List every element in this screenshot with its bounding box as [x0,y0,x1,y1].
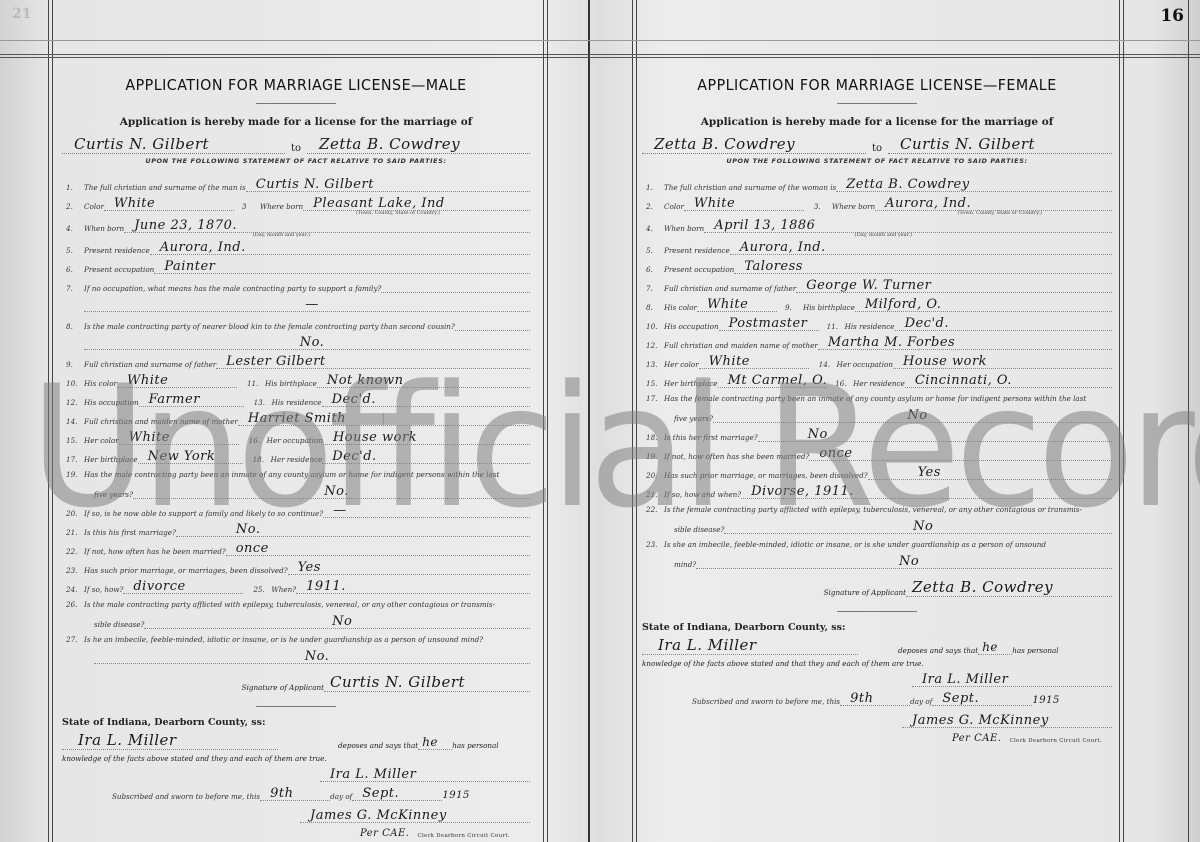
field-number: 3. [804,202,832,211]
field-row: 1.The full christian and surname of the … [642,173,1112,192]
female-application-form: APPLICATION FOR MARRIAGE LICENSE—FEMALE … [642,62,1112,744]
field-label: His color [664,303,697,312]
sworn-month: Sept. [362,787,399,800]
field-label: Full christian and surname of father [664,284,796,293]
day-of-text: day of [330,792,352,801]
field-row: 23.Is she an imbecile, feeble-minded, id… [642,534,1112,550]
dissolved-how: divorce [133,580,185,593]
field-label: If so, how and when? [664,490,741,499]
jurisdiction-heading: State of Indiana, Dearborn County, ss: [642,622,1112,633]
field-row: 9.Full christian and surname of fatherLe… [62,350,530,369]
field-row: 24.If so, how?divorce 25.When?1911. [62,575,530,594]
father-birthplace: Milford, O. [865,298,942,311]
field-number: 3 [234,202,260,211]
page-number: 16 [1160,6,1184,26]
support-means: — [305,298,319,311]
disease-answer: No [913,520,933,533]
support-continue-answer: — [333,504,347,517]
woman-residence: Aurora, Ind. [740,241,826,254]
previous-page-number: 21 [12,6,31,22]
book-gutter [588,0,590,842]
field-label: When born [664,224,704,233]
divider [256,706,336,707]
deponent-signature-line: Ira L. Miller [642,668,1112,687]
field-row: 18.Is this her first marriage?No [642,423,1112,442]
field-label: Is the male contracting party afflicted … [84,600,495,610]
field-number: 8. [642,303,664,312]
field-number: 18. [243,455,271,464]
field-label: His occupation [84,398,139,407]
field-row: 4.When bornApril 13, 1886 [642,214,1112,233]
field-number: 10. [62,379,84,388]
has-personal-text: has personal [452,741,498,750]
field-label: Is the female contracting party afflicte… [664,505,1082,515]
has-personal-text: has personal [1012,646,1058,655]
field-number: 6. [642,265,664,274]
father-birthplace: Not known [327,374,404,387]
sworn-year: 1915 [1032,695,1059,706]
field-label: When born [84,224,124,233]
field-row: 20.Has such prior marriage, or marriages… [642,461,1112,480]
field-number: 4. [642,224,664,233]
field-number: 24. [62,585,84,594]
field-label: Is he an imbecile, feeble-minded, idioti… [84,635,483,645]
field-row: 5.Present residenceAurora, Ind. [642,236,1112,255]
field-label: Has the female contracting party been an… [664,394,1086,404]
field-label: His birthplace [265,379,317,388]
field-label: Color [664,202,684,211]
field-number: 26. [62,600,84,610]
field-label: His birthplace [803,303,855,312]
field-number: 6. [62,265,84,274]
field-number: 5. [62,246,84,255]
header-rule [0,54,1200,55]
parties-line: Curtis N. Gilbert to Zetta B. Cowdrey [62,132,530,154]
field-number: 9. [777,303,803,312]
mother-name: Harriet Smith [248,412,346,425]
field-label: The full christian and surname of the wo… [664,183,836,192]
ruling-line [543,0,544,842]
ruling-line [632,0,633,842]
field-label: Her color [84,436,119,445]
field-row: 23.Has such prior marriage, or marriages… [62,556,530,575]
field-label: Is she an imbecile, feeble-minded, idiot… [664,540,1046,550]
field-number: 2. [642,202,664,211]
clerk-title: Clerk Dearborn Circuit Court. [417,833,510,839]
father-name: Lester Gilbert [226,355,325,368]
field-label: If so, how? [84,585,123,594]
field-number: 16. [239,436,267,445]
field-row: 22.If not, how often has he been married… [62,537,530,556]
field-row: 21.Is this his first marriage?No. [62,518,530,537]
woman-birth-date: April 13, 1886 [714,219,815,232]
field-number: 7. [642,284,664,293]
party-2-name: Curtis N. Gilbert [900,135,1035,153]
field-row-continued: five years?No [642,404,1112,423]
ruling-line [48,0,49,842]
field-label: Her birthplace [84,455,138,464]
field-row: 7.If no occupation, what means has the m… [62,274,530,293]
woman-occupation: Taloress [744,260,803,273]
field-number: 13. [642,360,664,369]
applicant-signature-line: Signature of ApplicantCurtis N. Gilbert [62,672,530,692]
field-row: 26.Is the male contracting party afflict… [62,594,530,610]
man-birth-date: June 23, 1870. [134,219,237,232]
blood-kin-answer: No. [300,336,325,349]
field-number: 22. [642,505,664,515]
field-label: Where born [260,202,303,211]
field-label: His color [84,379,117,388]
clerk-title: Clerk Dearborn Circuit Court. [1009,738,1102,744]
field-number: 11. [237,379,265,388]
field-row: 8.Is the male contracting party of neare… [62,312,530,331]
ruling-line [1188,0,1189,842]
field-number: 14. [809,360,837,369]
deponent-name: Ira L. Miller [78,731,177,749]
field-number: 18. [642,433,664,442]
field-row: 12.Full christian and maiden name of mot… [642,331,1112,350]
ruling-line [636,0,637,842]
field-row-continued: No. [62,645,530,664]
mother-occupation: House work [903,355,987,368]
field-number: 14. [62,417,84,426]
field-label: Present residence [84,246,150,255]
times-married-answer: once [236,542,269,555]
field-row: 19.If not, how often has she been marrie… [642,442,1112,461]
field-row: 6.Present occupationPainter [62,255,530,274]
divider [837,611,917,612]
mother-birthplace: Mt Carmel, O. [728,374,828,387]
father-color: White [127,374,168,387]
woman-color: White [694,197,735,210]
man-color: White [114,197,155,210]
field-label: Her birthplace [664,379,718,388]
to-label: to [285,143,307,154]
field-label: If no occupation, what means has the mal… [84,284,381,293]
sworn-day: 9th [270,787,293,800]
field-number: 13. [244,398,272,407]
sworn-text: Subscribed and sworn to before me, this [642,697,840,706]
father-residence: Dec'd. [905,317,949,330]
field-label: Her residence [853,379,905,388]
field-number: 4. [62,224,84,233]
mother-name: Martha M. Forbes [828,336,955,349]
field-number: 23. [62,566,84,575]
deponent-signature-line: Ira L. Miller [62,763,530,782]
field-label: Is the male contracting party of nearer … [84,322,455,331]
field-label: If so, is he now able to support a famil… [84,509,323,518]
field-number: 10. [642,322,664,331]
field-number: 21. [642,490,664,499]
field-label: Her color [664,360,699,369]
field-label: Present occupation [664,265,734,274]
field-number: 1. [642,183,664,192]
field-row: 14.Full christian and maiden name of mot… [62,407,530,426]
first-marriage-answer: No. [186,523,261,536]
clerk-signature: James G. McKinney [310,809,447,822]
clerk-signature: James G. McKinney [912,714,1049,727]
asylum-answer: No [907,409,927,422]
field-number: 16. [827,379,853,388]
header-rule [0,57,1200,58]
field-label: His residence [845,322,895,331]
parties-line: Zetta B. Cowdrey to Curtis N. Gilbert [642,132,1112,154]
field-label: His residence [272,398,322,407]
field-number: 7. [62,284,84,293]
field-label: Her residence [271,455,323,464]
party-1-name: Zetta B. Cowdrey [654,135,795,153]
field-number: 12. [642,341,664,350]
dissolved-when: 1911. [306,580,346,593]
signature-label: Signature of Applicant [242,683,324,692]
dissolved-answer: Yes [878,466,941,479]
field-number: 11. [819,322,845,331]
form-title: APPLICATION FOR MARRIAGE LICENSE—MALE [81,76,512,94]
clerk-title-line: Per CAE.Clerk Dearborn Circuit Court. [62,823,530,839]
field-number: 20. [642,471,664,480]
field-number: 15. [642,379,664,388]
applicant-signature: Curtis N. Gilbert [330,673,465,691]
ruling-line [1119,0,1120,842]
field-number: 5. [642,246,664,255]
field-row-continued: five years?No. [62,480,530,499]
field-row: 13.Her colorWhite 14.Her occupationHouse… [642,350,1112,369]
divider [256,103,336,104]
field-label: sible disease? [94,620,144,629]
times-married-answer: once [819,447,852,460]
party-1-name: Curtis N. Gilbert [74,135,209,153]
field-label: five years? [94,490,133,499]
ruling-line [547,0,548,842]
applicant-signature: Zetta B. Cowdrey [912,578,1053,596]
field-label: Has such prior marriage, or marriages, b… [664,471,868,480]
guardianship-answer: No [899,555,919,568]
deposition-line: Ira L. Miller deposes and says that he h… [642,633,1112,655]
field-number: 17. [62,455,84,464]
mother-color: White [709,355,750,368]
field-row: 2.ColorWhite 3.Where bornAurora, Ind. [642,192,1112,211]
field-number: 12. [62,398,84,407]
field-number: 19. [642,452,664,461]
field-label: The full christian and surname of the ma… [84,183,246,192]
field-label: sible disease? [674,525,724,534]
field-label: five years? [674,414,713,423]
first-marriage-answer: No [768,428,828,441]
deposition-line: Ira L. Miller deposes and says that he h… [62,728,530,750]
statement-heading: UPON THE FOLLOWING STATEMENT OF FACT REL… [642,157,1112,165]
field-label: Color [84,202,104,211]
man-occupation: Painter [164,260,215,273]
field-row-continued: No. [62,331,530,350]
field-number: 2. [62,202,84,211]
field-row-continued: — [62,293,530,312]
field-label: When? [271,585,296,594]
field-row-continued: sible disease?No [62,610,530,629]
field-label: mind? [674,560,696,569]
form-title: APPLICATION FOR MARRIAGE LICENSE—FEMALE [661,76,1093,94]
field-row: 1.The full christian and surname of the … [62,173,530,192]
field-label: If not, how often has he been married? [84,547,226,556]
field-label: If not, how often has she been married? [664,452,809,461]
clerk-per: Per CAE. [360,828,410,839]
father-occupation: Farmer [149,393,200,406]
father-residence: Dec'd. [332,393,376,406]
field-label: Her occupation [837,360,893,369]
sworn-day: 9th [850,692,873,705]
clerk-title-line: Per CAE.Clerk Dearborn Circuit Court. [642,728,1112,744]
deponent-name: Ira L. Miller [658,636,757,654]
field-label: Full christian and maiden name of mother [84,417,238,426]
sworn-text: Subscribed and sworn to before me, this [62,792,260,801]
party-2-name: Zetta B. Cowdrey [319,135,460,153]
field-number: 20. [62,509,84,518]
field-row: 4.When bornJune 23, 1870. [62,214,530,233]
dissolved-answer: Yes [298,561,321,574]
field-row: 20.If so, is he now able to support a fa… [62,499,530,518]
field-row-continued: mind?No [642,550,1112,569]
field-number: 27. [62,635,84,645]
field-row: 8.His colorWhite 9.His birthplaceMilford… [642,293,1112,312]
to-label: to [866,143,888,154]
knowledge-statement: knowledge of the facts above stated and … [62,754,530,763]
field-number: 8. [62,322,84,331]
form-intro: Application is hereby made for a license… [642,116,1112,128]
field-row: 5.Present residenceAurora, Ind. [62,236,530,255]
sworn-month: Sept. [942,692,979,705]
field-label: Her occupation [267,436,323,445]
field-row: 6.Present occupationTaloress [642,255,1112,274]
deponent-pronoun: he [422,735,438,749]
field-row: 10.His colorWhite 11.His birthplaceNot k… [62,369,530,388]
father-color: White [707,298,748,311]
father-name: George W. Turner [806,279,931,292]
deposes-text: deposes and says that [898,646,978,655]
deponent-pronoun: he [982,640,998,654]
woman-birthplace: Aurora, Ind. [885,197,971,210]
field-label: Present residence [664,246,730,255]
field-row: 15.Her birthplaceMt Carmel, O. 16.Her re… [642,369,1112,388]
man-full-name: Curtis N. Gilbert [256,178,374,191]
field-row: 17.Has the female contracting party been… [642,388,1112,404]
divider [837,103,917,104]
field-number: 23. [642,540,664,550]
disease-answer: No [332,615,352,628]
deponent-signature: Ira L. Miller [922,673,1008,686]
header-rule [0,40,1200,41]
field-row: 2.ColorWhite 3Where bornPleasant Lake, I… [62,192,530,211]
field-row: 10.His occupationPostmaster 11.His resid… [642,312,1112,331]
dissolved-how-when: Divorse, 1911. [751,485,854,498]
field-number: 25. [243,585,271,594]
field-row: 27.Is he an imbecile, feeble-minded, idi… [62,629,530,645]
field-row: 21.If so, how and when?Divorse, 1911. [642,480,1112,499]
jurisdiction-heading: State of Indiana, Dearborn County, ss: [62,717,530,728]
ledger-book-spread: 21 16 APPLICATION FOR MARRIAGE LICENSE—M… [0,0,1200,842]
clerk-signature-line: James G. McKinney [642,706,1112,728]
father-occupation: Postmaster [729,317,808,330]
man-birthplace: Pleasant Lake, Ind [313,197,445,210]
field-number: 22. [62,547,84,556]
field-row: 22.Is the female contracting party affli… [642,499,1112,515]
field-label: Is this his first marriage? [84,528,176,537]
applicant-signature-line: Signature of ApplicantZetta B. Cowdrey [642,577,1112,597]
field-row: 15.Her colorWhite 16.Her occupationHouse… [62,426,530,445]
day-of-text: day of [910,697,932,706]
sworn-year: 1915 [442,790,469,801]
field-label: Has such prior marriage, or marriages, b… [84,566,288,575]
ruling-line [1123,0,1124,842]
deposes-text: deposes and says that [338,741,418,750]
mother-occupation: House work [333,431,417,444]
mother-birthplace: New York [148,450,216,463]
mother-residence: Cincinnati, O. [915,374,1012,387]
statement-heading: UPON THE FOLLOWING STATEMENT OF FACT REL… [62,157,530,165]
field-number: 9. [62,360,84,369]
field-number: 15. [62,436,84,445]
form-intro: Application is hereby made for a license… [62,116,530,128]
field-label: Full christian and maiden name of mother [664,341,818,350]
clerk-signature-line: James G. McKinney [62,801,530,823]
field-number: 19. [62,470,84,480]
field-row: 7.Full christian and surname of fatherGe… [642,274,1112,293]
man-residence: Aurora, Ind. [160,241,246,254]
mother-color: White [129,431,170,444]
field-label: Full christian and surname of father [84,360,216,369]
field-label: Present occupation [84,265,154,274]
sworn-line: Subscribed and sworn to before me, this … [642,687,1112,706]
field-label: Has the male contracting party been an i… [84,470,499,480]
ruling-line [52,0,53,842]
knowledge-statement: knowledge of the facts above stated and … [642,659,1112,668]
field-number: 1. [62,183,84,192]
field-row: 17.Her birthplaceNew York 18.Her residen… [62,445,530,464]
field-row: 19.Has the male contracting party been a… [62,464,530,480]
field-row: 12.His occupationFarmer 13.His residence… [62,388,530,407]
field-label: His occupation [664,322,719,331]
deponent-signature: Ira L. Miller [330,768,416,781]
field-number: 21. [62,528,84,537]
clerk-per: Per CAE. [952,733,1002,744]
mother-residence: Dec'd. [332,450,376,463]
sworn-line: Subscribed and sworn to before me, this … [62,782,530,801]
male-application-form: APPLICATION FOR MARRIAGE LICENSE—MALE Ap… [62,62,530,839]
field-row-continued: sible disease?No [642,515,1112,534]
asylum-answer: No. [324,485,349,498]
field-number: 17. [642,394,664,404]
woman-full-name: Zetta B. Cowdrey [846,178,969,191]
guardianship-answer: No. [305,650,330,663]
signature-label: Signature of Applicant [824,588,906,597]
field-label: Where born [832,202,875,211]
field-label: Is this her first marriage? [664,433,758,442]
